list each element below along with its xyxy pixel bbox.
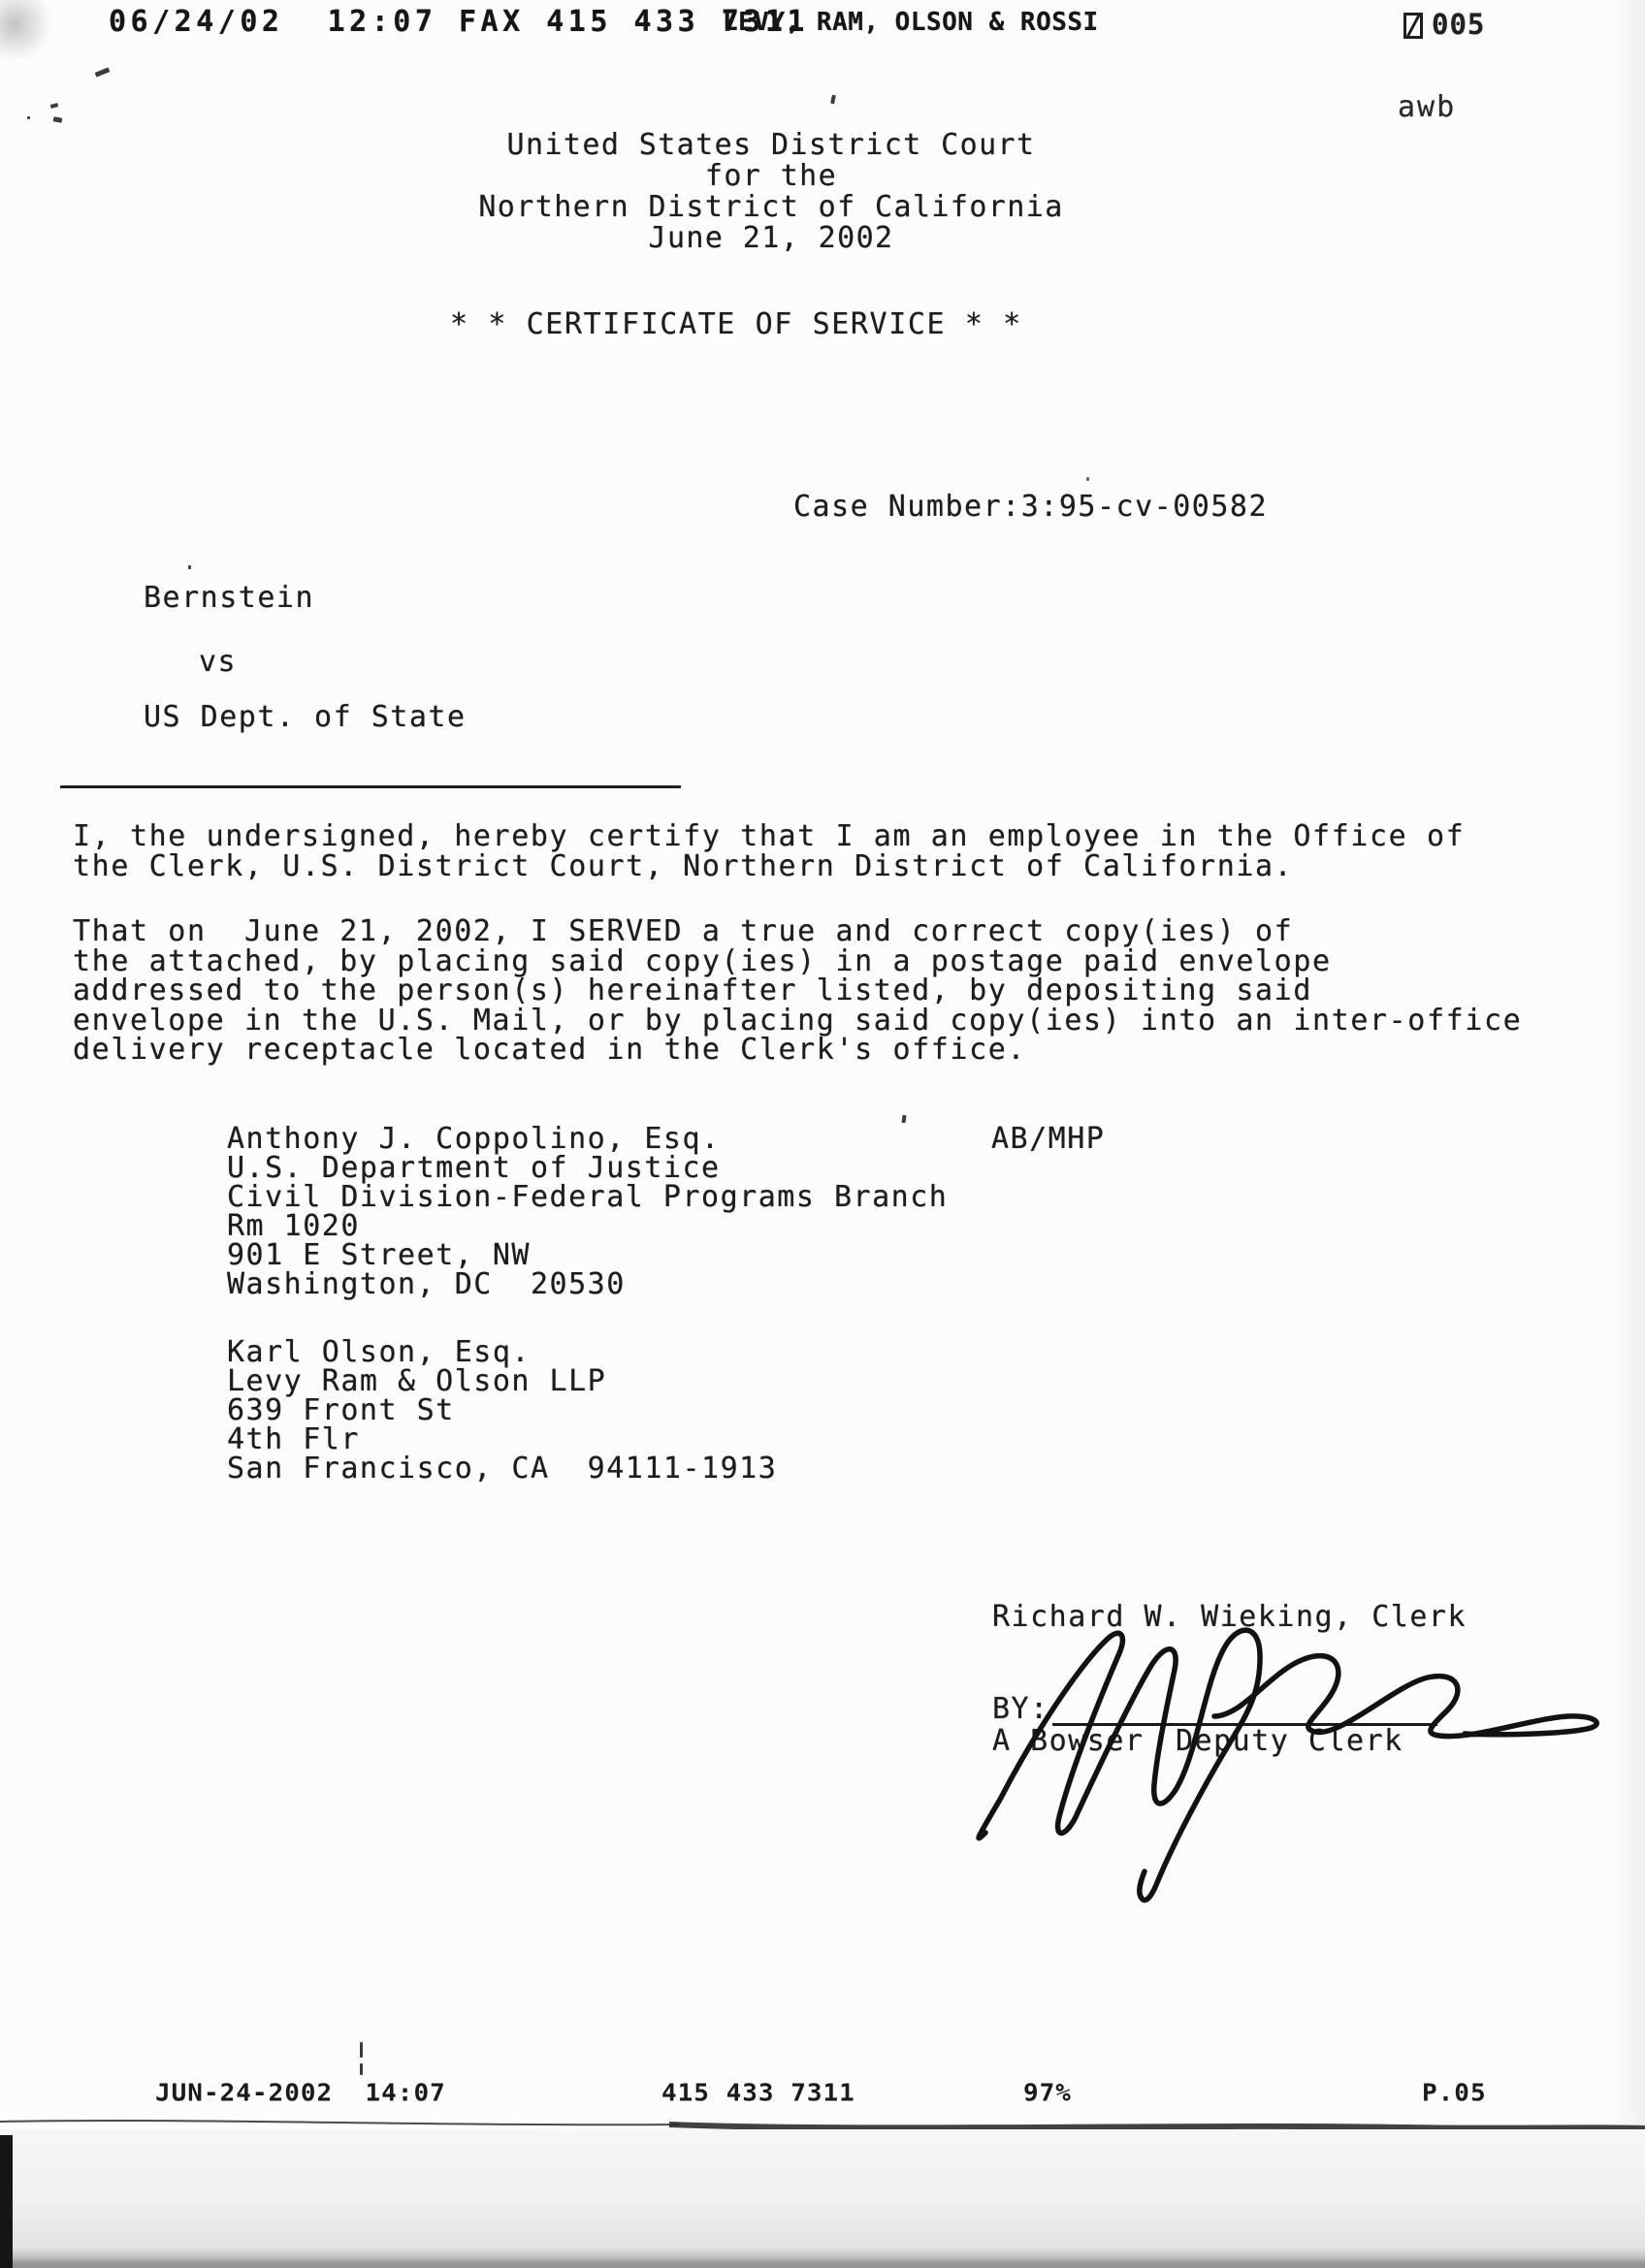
scan-artifact xyxy=(188,565,191,569)
fax-header-timestamp: 06/24/02 12:07 FAX 415 433 7311 xyxy=(109,8,809,37)
scan-artifact xyxy=(50,103,59,109)
address-line: Rm 1020 xyxy=(227,1212,948,1241)
address-line: Levy Ram & Olson LLP xyxy=(227,1367,777,1396)
party-defendant: US Dept. of State xyxy=(144,703,467,732)
scan-artifact xyxy=(360,2063,363,2075)
scan-artifact xyxy=(901,1115,906,1123)
scan-artifact xyxy=(95,67,111,77)
case-number: Case Number:3:95-cv-00582 xyxy=(793,493,1268,522)
court-header: United States District Court for the Nor… xyxy=(407,130,1135,254)
scan-left-edge-bar xyxy=(0,2135,13,2268)
fax-page-icon xyxy=(1403,13,1423,39)
footer-page-number: P.05 xyxy=(1422,2082,1487,2106)
body-line: the attached, by placing said copy(ies) … xyxy=(73,947,1522,977)
recipient-name: Anthony J. Coppolino, Esq. xyxy=(227,1125,948,1154)
fax-document-page: 06/24/02 12:07 FAX 415 433 7311 LEVY, RA… xyxy=(0,0,1645,2268)
party-divider-line xyxy=(60,785,681,788)
document-title: * * CERTIFICATE OF SERVICE * * xyxy=(450,310,1022,339)
party-versus: vs xyxy=(199,648,237,677)
handwritten-signature xyxy=(960,1600,1620,1920)
recipient-address-1: Anthony J. Coppolino, Esq. U.S. Departme… xyxy=(227,1125,948,1299)
scan-artifact xyxy=(360,2042,363,2058)
address-line: Washington, DC 20530 xyxy=(227,1270,948,1299)
fax-header-sender: LEVY, RAM, OLSON & ROSSI xyxy=(723,10,1099,35)
scan-artifact xyxy=(1086,477,1089,481)
court-name-line2: for the xyxy=(407,161,1135,192)
scan-bottom-area xyxy=(0,2129,1645,2268)
address-line: Civil Division-Federal Programs Branch xyxy=(227,1183,948,1212)
court-name-line3: Northern District of California xyxy=(407,192,1135,223)
body-line: the Clerk, U.S. District Court, Northern… xyxy=(73,852,1465,882)
footer-fax-number: 415 433 7311 xyxy=(661,2082,855,2106)
body-line: I, the undersigned, hereby certify that … xyxy=(73,822,1465,852)
fax-page-icon-slash xyxy=(1406,14,1421,37)
address-line: 4th Flr xyxy=(227,1425,777,1454)
handwritten-initials: awb xyxy=(1398,93,1456,122)
scan-artifact xyxy=(53,116,63,122)
body-line: envelope in the U.S. Mail, or by placing… xyxy=(73,1006,1522,1037)
scan-edge-shading xyxy=(1612,0,1645,2268)
footer-quality: 97% xyxy=(1023,2082,1072,2106)
body-line: addressed to the person(s) hereinafter l… xyxy=(73,976,1522,1006)
address-line: U.S. Department of Justice xyxy=(227,1154,948,1183)
routing-code: AB/MHP xyxy=(991,1125,1105,1154)
court-date: June 21, 2002 xyxy=(407,223,1135,254)
scan-smudge-top-left xyxy=(0,0,50,60)
certification-paragraph: I, the undersigned, hereby certify that … xyxy=(73,822,1465,881)
party-plaintiff: Bernstein xyxy=(144,584,314,613)
body-line: delivery receptacle located in the Clerk… xyxy=(73,1036,1522,1066)
fax-page-count: 005 xyxy=(1432,11,1485,39)
footer-date-time: JUN-24-2002 14:07 xyxy=(155,2082,446,2106)
recipient-address-2: Karl Olson, Esq. Levy Ram & Olson LLP 63… xyxy=(227,1338,777,1484)
scan-artifact xyxy=(830,95,836,105)
address-line: 639 Front St xyxy=(227,1396,777,1425)
body-line: That on June 21, 2002, I SERVED a true a… xyxy=(73,917,1522,947)
address-line: San Francisco, CA 94111-1913 xyxy=(227,1454,777,1484)
court-name-line1: United States District Court xyxy=(407,130,1135,161)
recipient-name: Karl Olson, Esq. xyxy=(227,1338,777,1367)
scan-artifact xyxy=(27,116,30,119)
service-paragraph: That on June 21, 2002, I SERVED a true a… xyxy=(73,917,1522,1066)
address-line: 901 E Street, NW xyxy=(227,1241,948,1270)
